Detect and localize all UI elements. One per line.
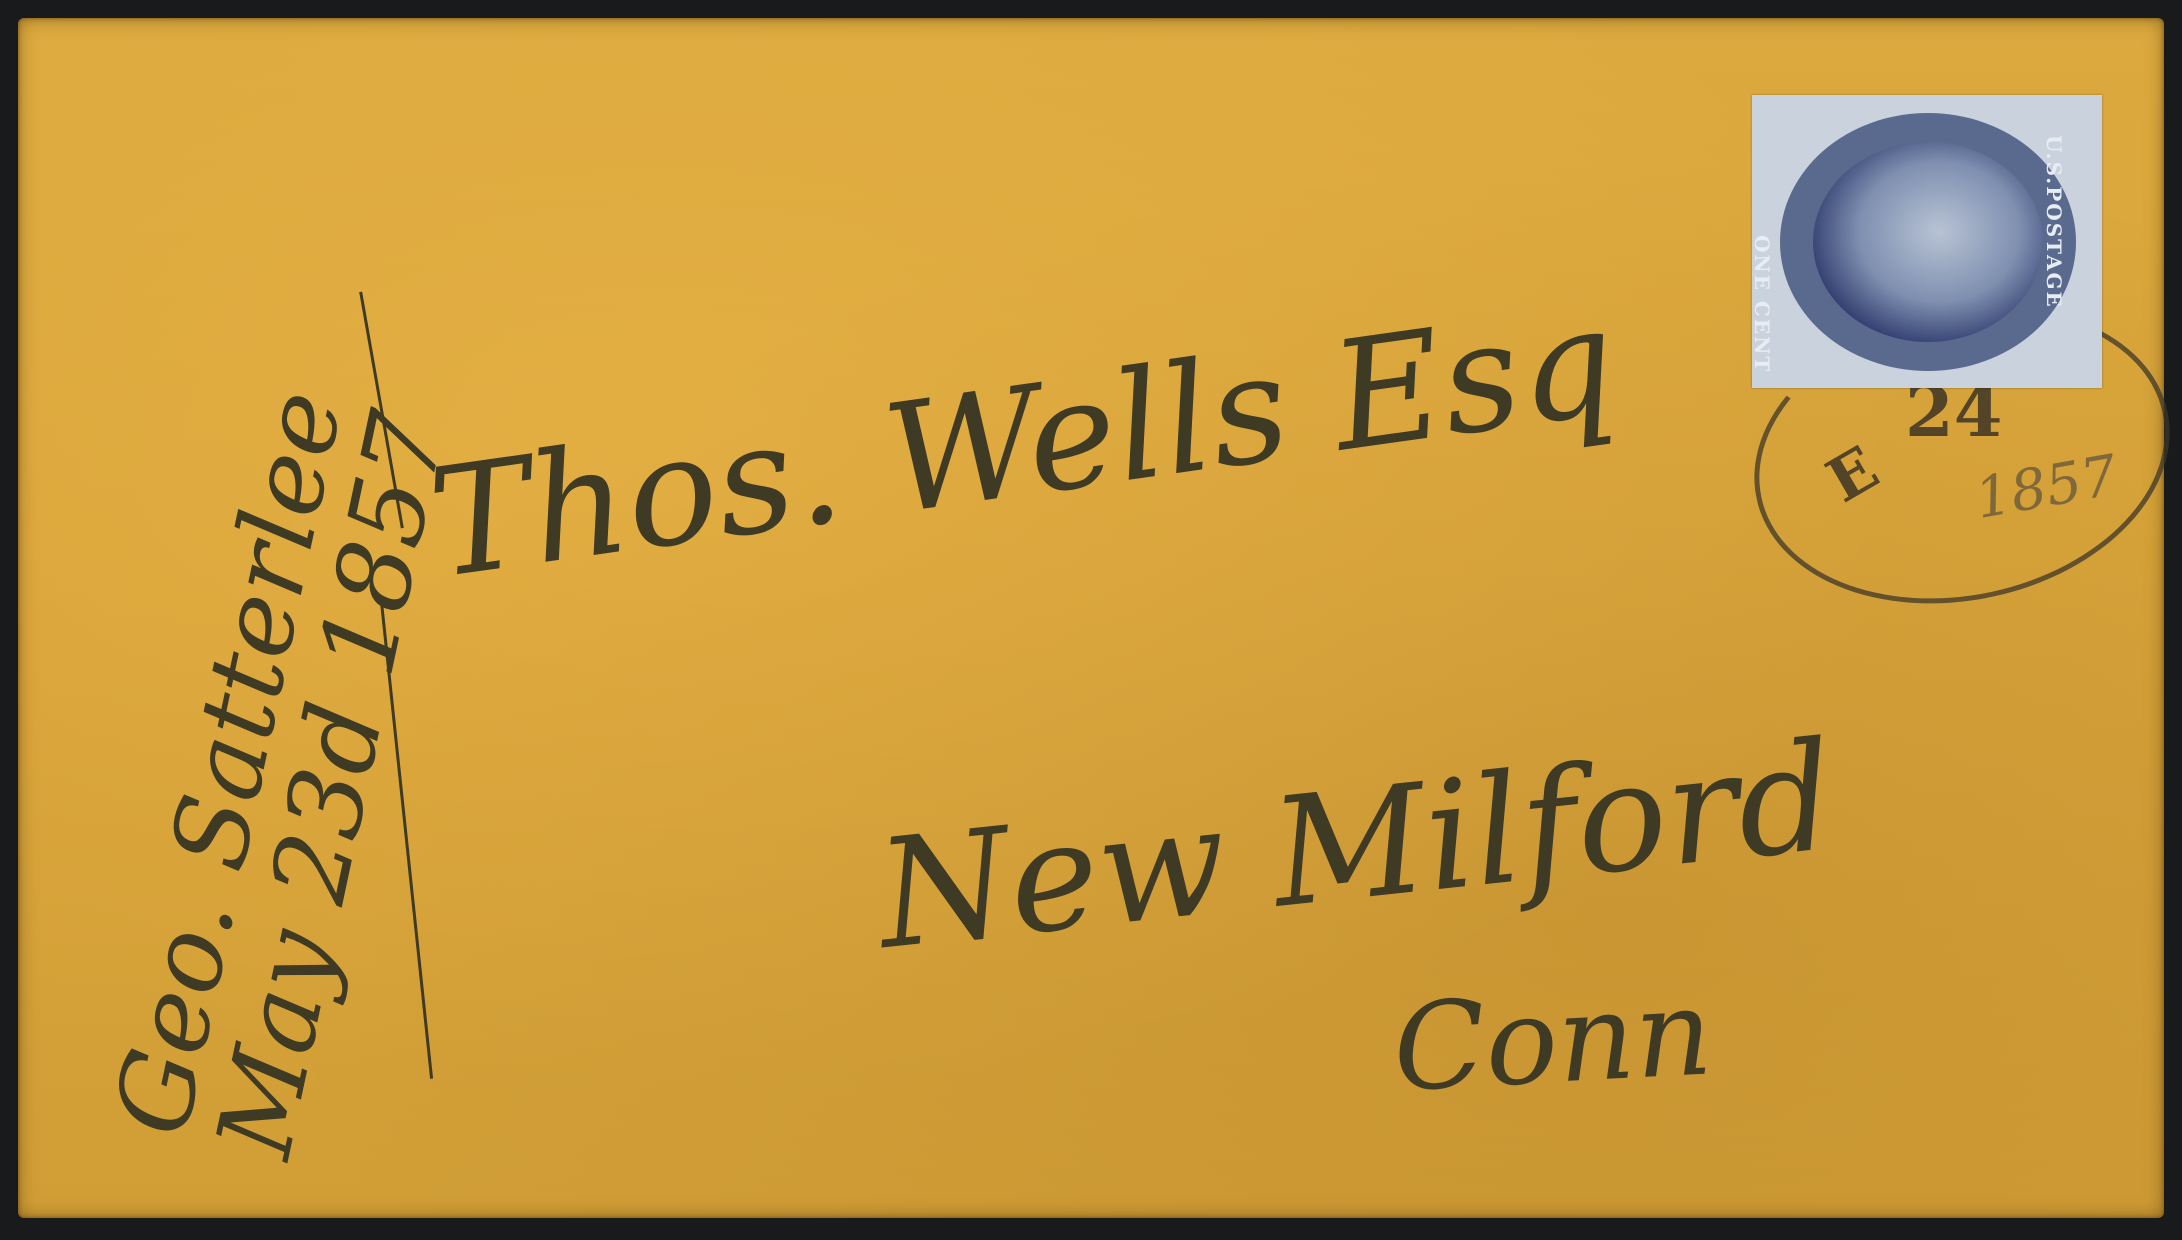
postage-stamp: ONE CENT U.S.POSTAGE <box>1752 95 2102 388</box>
stamp-oval-frame <box>1780 113 2076 371</box>
stamp-denomination: ONE CENT <box>1750 235 1774 373</box>
stamp-country: U.S.POSTAGE <box>2042 135 2066 181</box>
address-state: Conn <box>1390 963 1715 1118</box>
franklin-portrait-icon <box>1813 142 2043 342</box>
